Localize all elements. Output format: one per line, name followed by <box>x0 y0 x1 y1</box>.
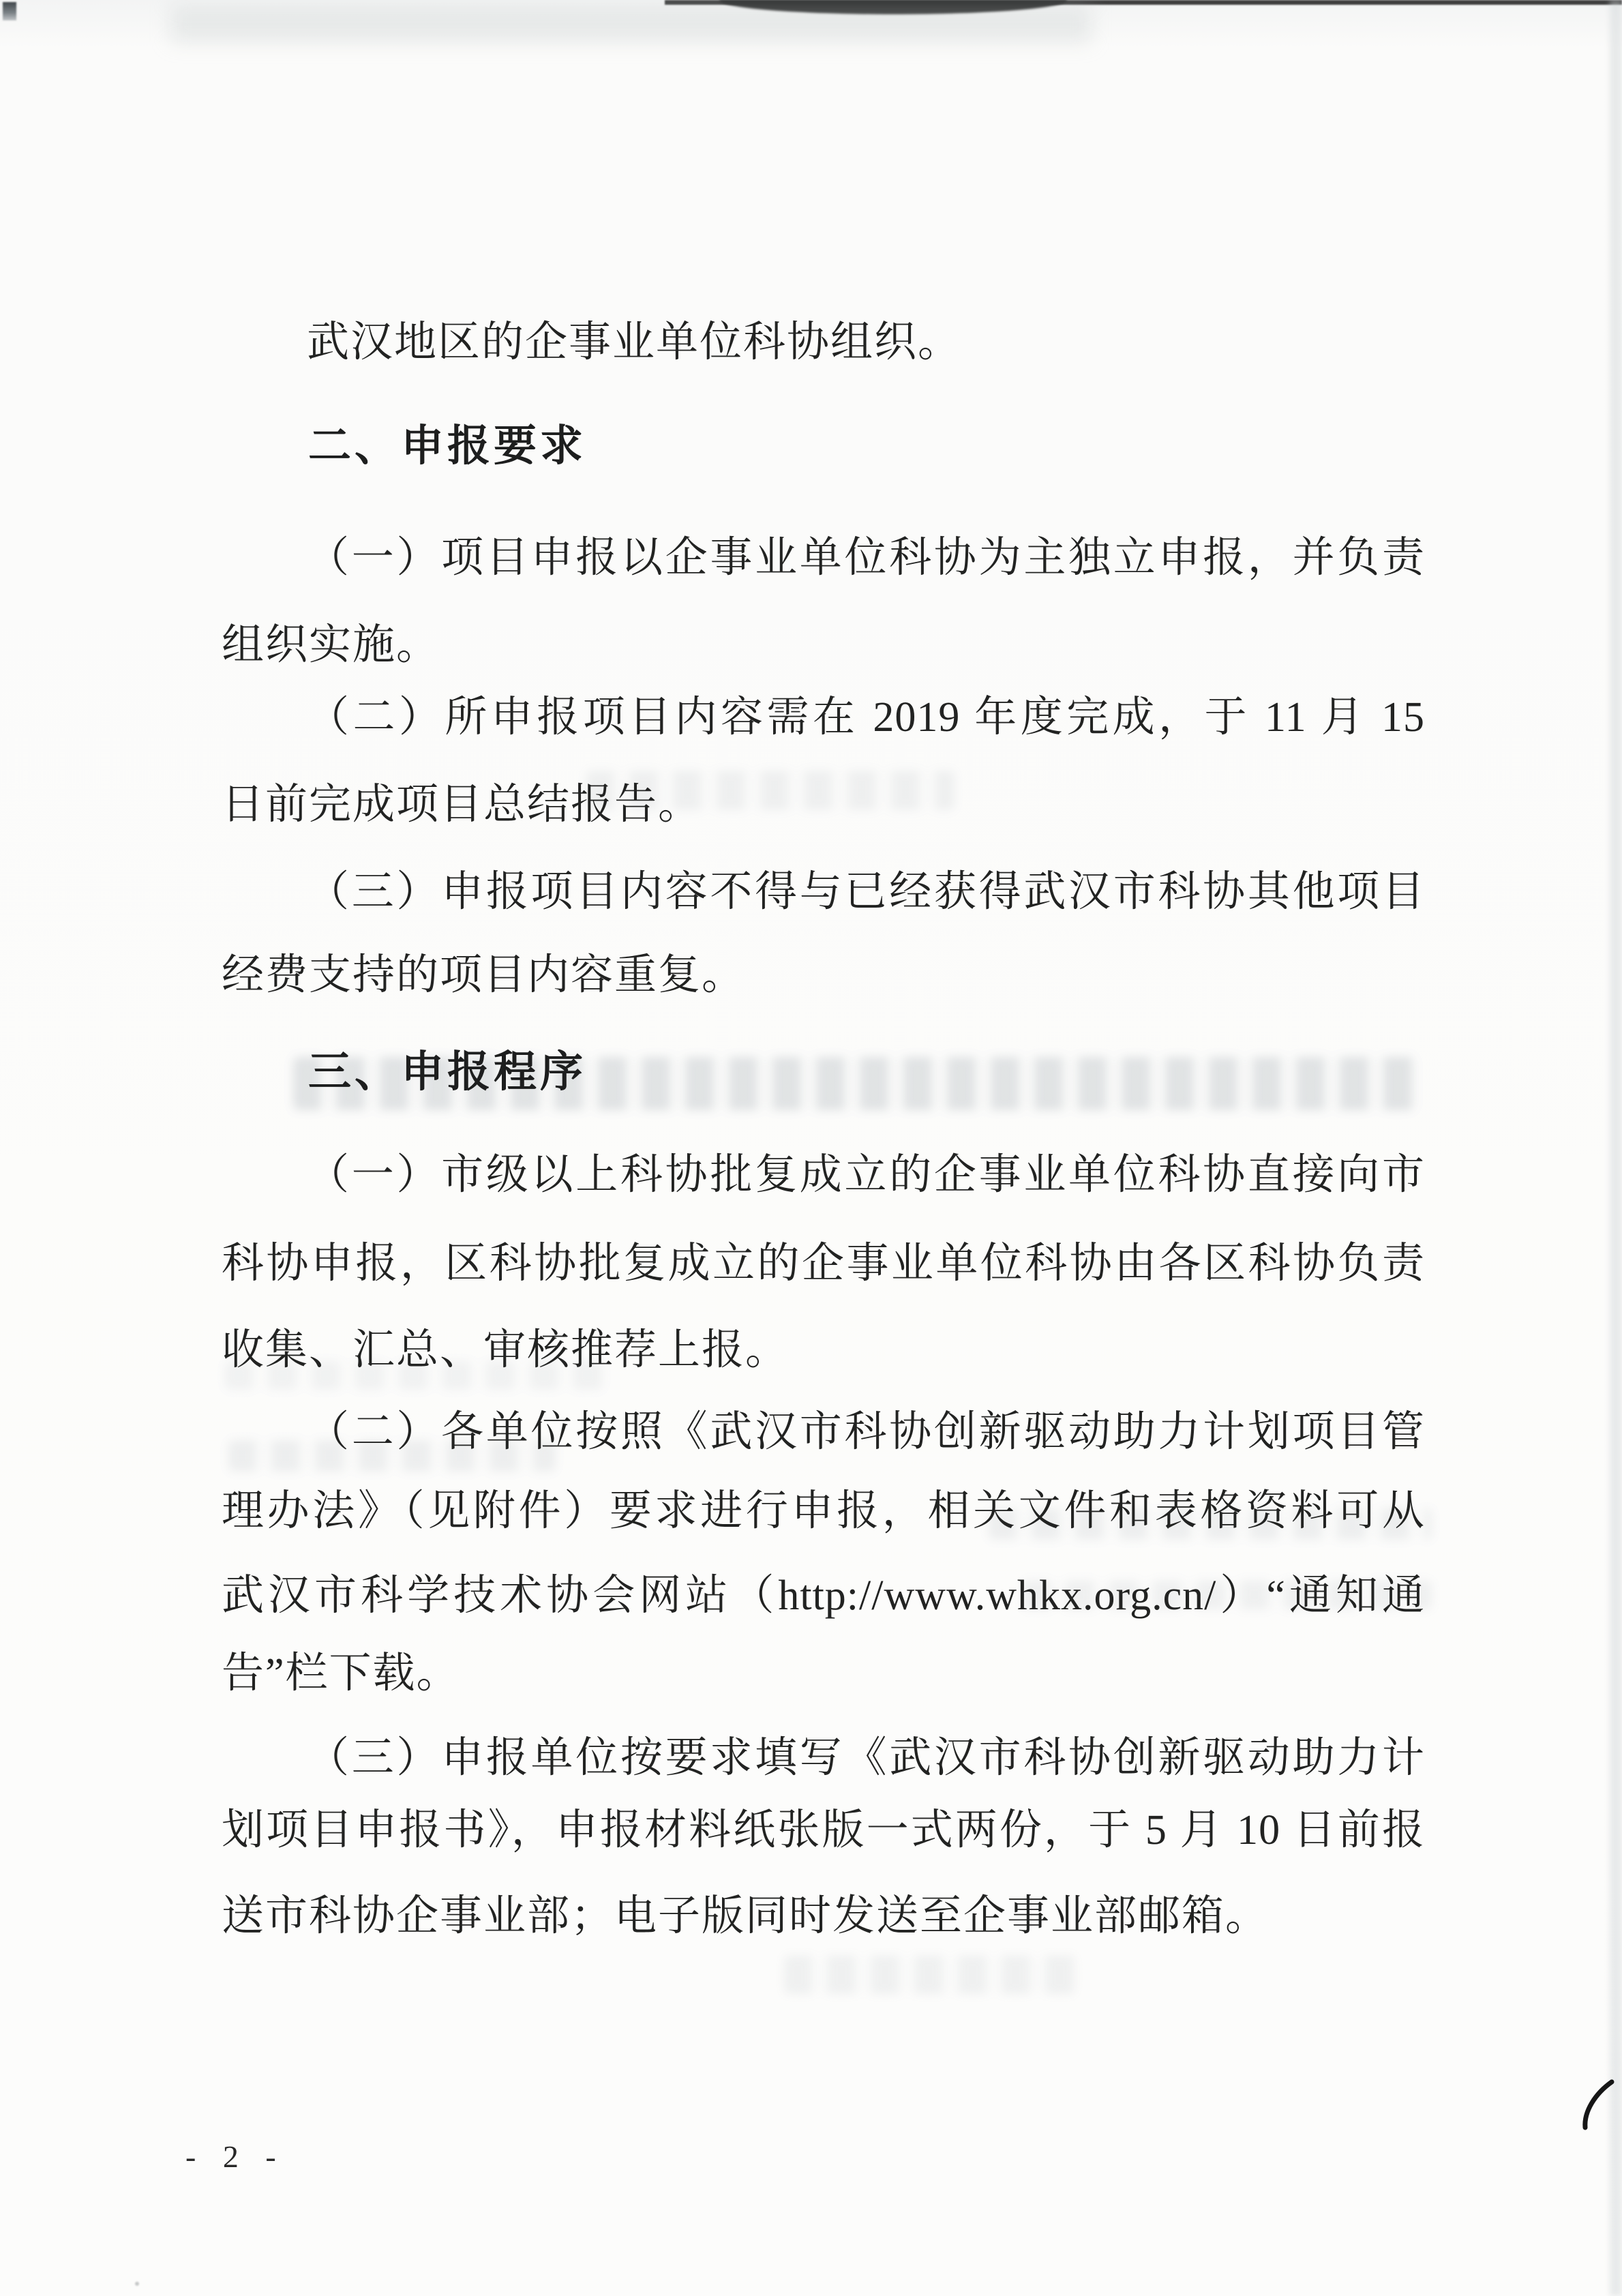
text-line: 理办法》（见附件）要求进行申报，相关文件和表格资料可从 <box>222 1484 1425 1538</box>
pen-stroke-mark <box>1575 2078 1616 2132</box>
section-heading: 二、申报要求 <box>308 419 586 473</box>
section-heading: 三、申报程序 <box>308 1045 586 1099</box>
text-line: （一）项目申报以企事业单位科协为主独立申报，并负责 <box>307 531 1425 585</box>
bleed-through-artifact <box>784 1956 1077 1994</box>
text-line: 收集、汇总、审核推荐上报。 <box>222 1323 789 1377</box>
text-line: （三）申报单位按要求填写《武汉市科协创新驱动助力计 <box>307 1731 1425 1785</box>
scan-speck <box>135 2282 139 2286</box>
text-line: 武汉市科学技术协会网站（http://www.whkx.org.cn/）“通知通 <box>222 1568 1425 1623</box>
text-line: （一）市级以上科协批复成立的企事业单位科协直接向市 <box>307 1148 1425 1202</box>
text-line: 送市科协企事业部；电子版同时发送至企事业部邮箱。 <box>222 1889 1269 1943</box>
text-line: 组织实施。 <box>222 618 440 672</box>
text-line: 划项目申报书》，申报材料纸张版一式两份，于 5 月 10 日前报 <box>222 1803 1425 1858</box>
page-number: - 2 - <box>185 2138 286 2175</box>
scan-corner-mark <box>3 2 16 20</box>
scan-right-edge-band <box>1610 0 1622 2296</box>
scan-top-haze <box>170 5 1091 43</box>
text-line: （三）申报项目内容不得与已经获得武汉市科协其他项目 <box>307 865 1425 919</box>
scan-top-edge-arc <box>719 0 1067 14</box>
text-line: （二）各单位按照《武汉市科协创新驱动助力计划项目管 <box>307 1405 1425 1459</box>
text-line: 日前完成项目总结报告。 <box>222 777 702 832</box>
text-line: 武汉地区的企事业单位科协组织。 <box>307 315 961 370</box>
scan-top-edge-shadow <box>665 0 1622 5</box>
text-line: 经费支持的项目内容重复。 <box>222 948 745 1002</box>
text-line: 科协申报，区科协批复成立的企事业单位科协由各区科协负责 <box>222 1236 1425 1291</box>
scanned-document-page: 武汉地区的企事业单位科协组织。 二、申报要求 （一）项目申报以企事业单位科协为主… <box>0 0 1622 2296</box>
text-line: 告”栏下载。 <box>222 1646 460 1701</box>
text-line: （二）所申报项目内容需在 2019 年度完成，于 11 月 15 <box>307 690 1425 745</box>
